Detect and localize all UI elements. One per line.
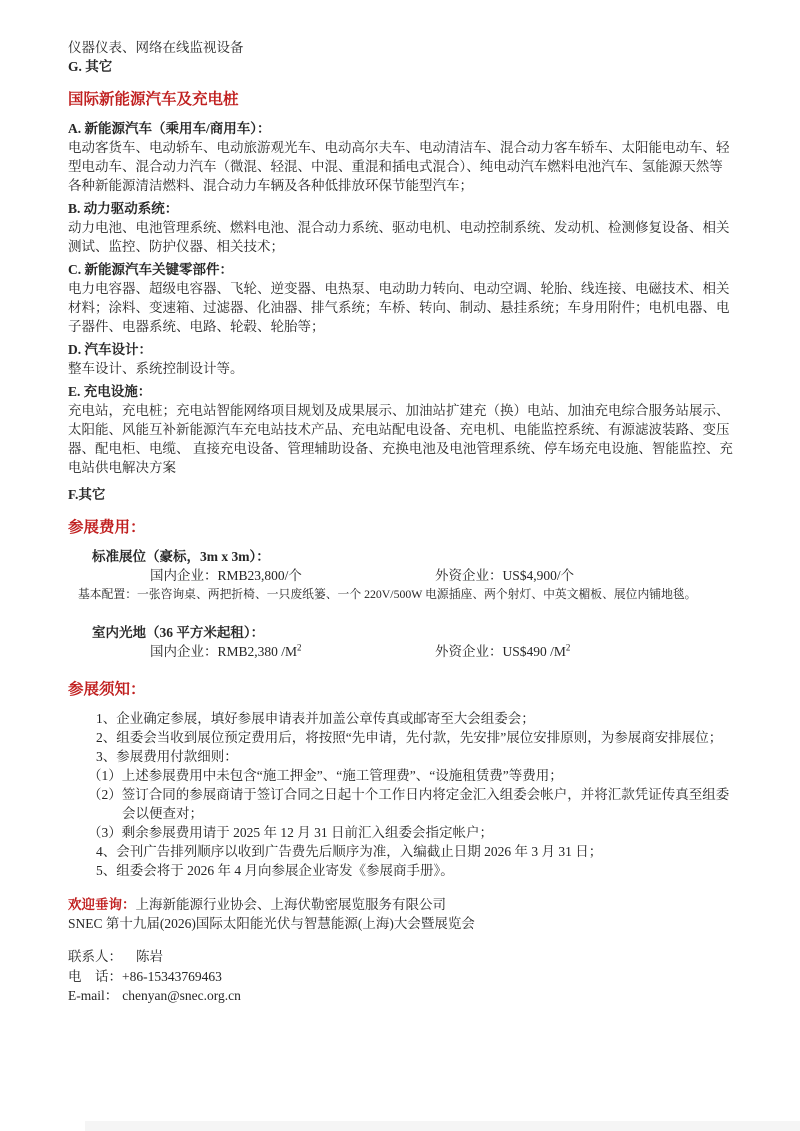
standard-booth-basic-config: 基本配置：一张咨询桌、两把折椅、一只废纸篓、一个 220V/500W 电源插座、… — [68, 586, 736, 603]
raw-space-block: 室内光地（36 平方米起租）： 国内企业：RMB2,380 /M2 外资企业：U… — [68, 623, 736, 661]
standard-booth-domestic-price: 国内企业：RMB23,800/个 — [150, 566, 435, 585]
section-b-body: 动力电池、电池管理系统、燃料电池、混合动力系统、驱动电机、电动控制系统、发动机、… — [68, 218, 736, 256]
notes-list: 1、企业确定参展，填好参展申请表并加盖公章传真或邮寄至大会组委会； 2、组委会当… — [68, 709, 736, 880]
welcome-label: 欢迎垂询： — [68, 897, 136, 912]
note-subitem-1: （1）上述参展费用中未包含“施工押金”、“施工管理费”、“设施租赁费”等费用； — [68, 766, 736, 785]
note-item-1: 1、企业确定参展，填好参展申请表并加盖公章传真或邮寄至大会组委会； — [68, 709, 736, 728]
page-bottom-artifact — [85, 1121, 800, 1131]
section-b-label: B. 动力驱动系统： — [68, 199, 736, 218]
superscript-2: 2 — [297, 643, 302, 653]
note-item-3: 3、参展费用付款细则： — [68, 747, 736, 766]
contact-person-line: 联系人：陈岩 — [68, 947, 736, 967]
note-item-5: 5、组委会将于 2026 年 4 月向参展企业寄发《参展商手册》。 — [68, 861, 736, 880]
standard-booth-block: 标准展位（豪标，3m x 3m）： 国内企业：RMB23,800/个 外资企业：… — [68, 547, 736, 603]
fees-heading: 参展费用： — [68, 517, 736, 538]
contact-person-label: 联系人： — [68, 949, 122, 964]
section-c-body: 电力电容器、超级电容器、飞轮、逆变器、电热泵、电动助力转向、电动空调、轮胎、线连… — [68, 279, 736, 336]
contact-person-name: 陈岩 — [136, 949, 163, 964]
contact-phone-number: +86-15343769463 — [122, 969, 222, 984]
section-d-body: 整车设计、系统控制设计等。 — [68, 359, 736, 378]
standard-booth-prices: 国内企业：RMB23,800/个 外资企业：US$4,900/个 — [68, 566, 736, 585]
note-item-2: 2、组委会当收到展位预定费用后，将按照“先申请，先付款，先安排”展位安排原则，为… — [68, 728, 736, 747]
main-heading: 国际新能源汽车及充电桩 — [68, 89, 736, 110]
note-item-4: 4、会刊广告排列顺序以收到广告费先后顺序为准，入编截止日期 2026 年 3 月… — [68, 842, 736, 861]
contact-email-line: E-mail：chenyan@snec.org.cn — [68, 986, 736, 1006]
notes-heading: 参展须知： — [68, 679, 736, 700]
standard-booth-foreign-price: 外资企业：US$4,900/个 — [435, 566, 574, 585]
contact-email-address: chenyan@snec.org.cn — [122, 988, 241, 1003]
note-subitem-3: （3）剩余参展费用请于 2025 年 12 月 31 日前汇入组委会指定帐户； — [68, 823, 736, 842]
raw-space-prices: 国内企业：RMB2,380 /M2 外资企业：US$490 /M2 — [68, 642, 736, 661]
section-b: B. 动力驱动系统： 动力电池、电池管理系统、燃料电池、混合动力系统、驱动电机、… — [68, 199, 736, 256]
section-a: A. 新能源汽车（乘用车/商用车）： 电动客货车、电动轿车、电动旅游观光车、电动… — [68, 119, 736, 195]
contact-email-label: E-mail： — [68, 988, 118, 1003]
welcome-line: 欢迎垂询：上海新能源行业协会、上海伏勒密展览服务有限公司 — [68, 895, 736, 914]
contact-phone-line: 电 话：+86-15343769463 — [68, 967, 736, 987]
contact-phone-label: 电 话： — [68, 969, 122, 984]
section-c-label: C. 新能源汽车关键零部件： — [68, 260, 736, 279]
event-name: SNEC 第十九届(2026)国际太阳能光伏与智慧能源(上海)大会暨展览会 — [68, 914, 736, 933]
section-a-body: 电动客货车、电动轿车、电动旅游观光车、电动高尔夫车、电动清洁车、混合动力客车轿车… — [68, 138, 736, 195]
section-c: C. 新能源汽车关键零部件： 电力电容器、超级电容器、飞轮、逆变器、电热泵、电动… — [68, 260, 736, 336]
intro-line: 仪器仪表、网络在线监视设备 — [68, 38, 736, 57]
raw-space-title: 室内光地（36 平方米起租）： — [68, 623, 736, 642]
section-e-label: E. 充电设施： — [68, 382, 736, 401]
section-e-body: 充电站，充电桩；充电站智能网络项目规划及成果展示、加油站扩建充（换）电站、加油充… — [68, 401, 736, 477]
section-f-label: F.其它 — [68, 485, 736, 504]
section-a-label: A. 新能源汽车（乘用车/商用车）： — [68, 119, 736, 138]
section-d-label: D. 汽车设计： — [68, 340, 736, 359]
document-page: 仪器仪表、网络在线监视设备 G. 其它 国际新能源汽车及充电桩 A. 新能源汽车… — [0, 0, 800, 1131]
superscript-2: 2 — [566, 643, 571, 653]
contact-block: 联系人：陈岩 电 话：+86-15343769463 E-mail：chenya… — [68, 947, 736, 1006]
section-e: E. 充电设施： 充电站，充电桩；充电站智能网络项目规划及成果展示、加油站扩建充… — [68, 382, 736, 477]
standard-booth-title: 标准展位（豪标，3m x 3m）： — [68, 547, 736, 566]
welcome-organizers: 上海新能源行业协会、上海伏勒密展览服务有限公司 — [136, 897, 447, 912]
section-d: D. 汽车设计： 整车设计、系统控制设计等。 — [68, 340, 736, 378]
intro-item-g: G. 其它 — [68, 57, 736, 76]
raw-space-domestic-price: 国内企业：RMB2,380 /M2 — [150, 642, 435, 661]
raw-space-foreign-price: 外资企业：US$490 /M2 — [435, 642, 570, 661]
welcome-block: 欢迎垂询：上海新能源行业协会、上海伏勒密展览服务有限公司 SNEC 第十九届(2… — [68, 895, 736, 933]
note-subitem-2: （2）签订合同的参展商请于签订合同之日起十个工作日内将定金汇入组委会帐户，并将汇… — [68, 785, 736, 823]
section-f: F.其它 — [68, 485, 736, 504]
